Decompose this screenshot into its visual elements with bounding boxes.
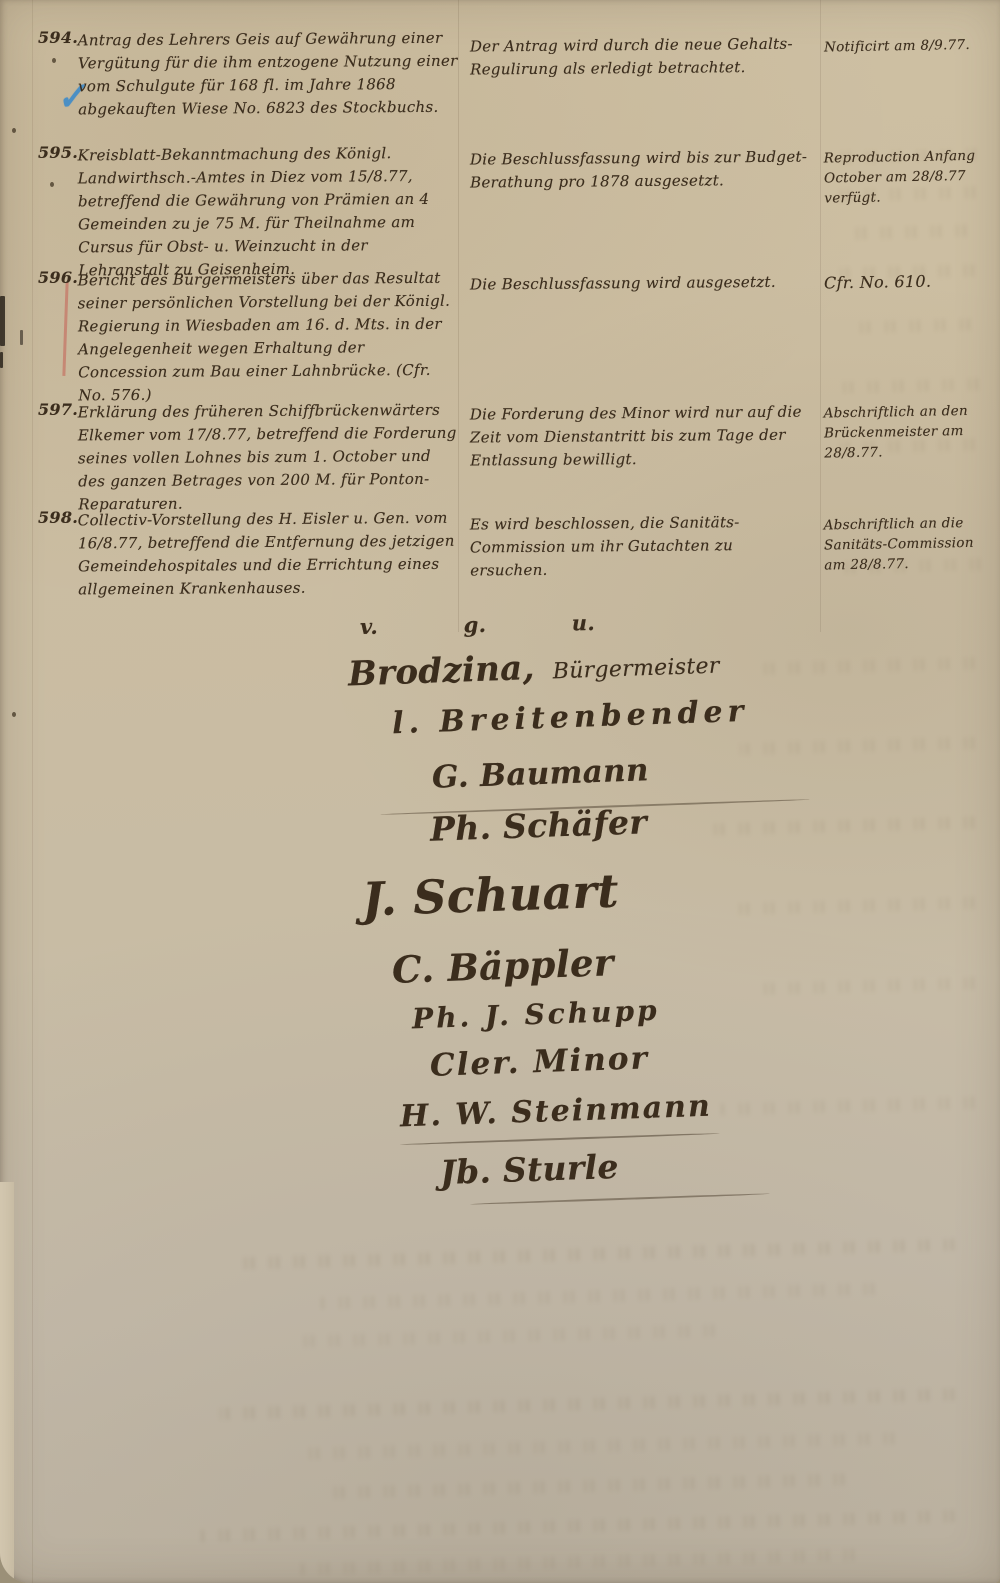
signature-name: Cler. Minor [429, 1040, 649, 1084]
signature-breitenbender: l. Breitenbender [391, 694, 748, 741]
bleedthrough-line [240, 1239, 960, 1270]
entry-subject: Antrag des Lehrers Geis auf Gewährung ei… [78, 27, 459, 122]
signature-name: G. Baumann [431, 752, 649, 796]
signature-name: Ph. Schäfer [429, 802, 647, 849]
column-divider-line [820, 0, 821, 632]
entry-note: Notificirt am 8/9.77. [824, 35, 994, 58]
signature-baumann: G. Baumann [431, 752, 649, 796]
bleedthrough-line [300, 1432, 900, 1460]
bleedthrough-line [730, 897, 980, 916]
binding-edge-mark [20, 330, 23, 345]
binding-edge-mark [0, 296, 5, 346]
bleedthrough-line [330, 1473, 850, 1499]
red-margin-line [62, 282, 68, 376]
ink-speck [52, 58, 56, 63]
margin-rule-line [32, 0, 33, 1583]
entry-number: 595. [38, 143, 78, 162]
entry-note: Abschriftlich an den Brückenmeister am 2… [823, 401, 994, 464]
bleedthrough-line [852, 224, 972, 239]
signature-schupp: Ph. J. Schupp [411, 994, 660, 1036]
page-under-edge [0, 1182, 14, 1583]
binding-edge-mark [0, 352, 3, 368]
signature-name: Brodzina, [347, 648, 535, 694]
entry-decision: Die Beschlussfassung wird bis zur Budget… [470, 146, 812, 195]
ink-speck [12, 712, 16, 717]
signature-name: Ph. J. Schupp [411, 994, 660, 1036]
signature-name: H. W. Steinmann [399, 1089, 712, 1135]
entry-decision: Der Antrag wird durch die neue Gehalts-R… [470, 33, 812, 82]
entry-decision: Es wird beschlossen, die Sanitäts-Commis… [470, 511, 813, 583]
entry-number: 596. [38, 268, 78, 287]
bleedthrough-line [200, 1510, 960, 1542]
ink-speck [50, 182, 54, 187]
entry-subject: Kreisblatt-Bekanntmachung des Königl. La… [78, 142, 459, 283]
entry-number: 597. [38, 400, 78, 419]
bleedthrough-line [720, 1097, 980, 1116]
bleedthrough-line [300, 1549, 860, 1576]
bleedthrough-line [760, 977, 980, 995]
signature-sturle: Jb. Sturle [439, 1147, 619, 1192]
signature-brodzina: Brodzina,Bürgermeister [347, 642, 720, 695]
signature-schaefer: Ph. Schäfer [429, 802, 647, 849]
entry-subject: Collectiv-Vorstellung des H. Eisler u. G… [78, 507, 459, 602]
signature-baeppler: C. Bäppler [391, 940, 614, 992]
bleedthrough-line [300, 1325, 720, 1348]
entry-decision: Die Forderung des Minor wird nur auf die… [470, 401, 813, 473]
bleedthrough-line [700, 816, 980, 835]
bleedthrough-line [740, 737, 980, 755]
bleedthrough-line [834, 378, 984, 394]
entry-subject: Bericht des Bürgermeisters über das Resu… [78, 267, 459, 408]
signature-name: l. Breitenbender [391, 694, 748, 741]
entry-decision: Die Beschlussfassung wird ausgesetzt. [470, 271, 812, 297]
signature-name: Jb. Sturle [439, 1147, 619, 1192]
ink-speck [12, 128, 16, 133]
bleedthrough-line [320, 1283, 880, 1310]
signature-title: Bürgermeister [552, 654, 720, 685]
signature-steinmann: H. W. Steinmann [399, 1089, 712, 1135]
signature-name: J. Schuart [361, 864, 619, 927]
entry-subject: Erklärung des früheren Schiffbrückenwärt… [78, 399, 459, 517]
protocol-page: ✓ 594. Antrag des Lehrers Geis auf Gewäh… [0, 0, 1000, 1583]
bleedthrough-line [760, 657, 980, 675]
signature-minor: Cler. Minor [429, 1040, 649, 1084]
entry-number: 598. [38, 508, 78, 527]
signature-flourish [470, 1193, 770, 1205]
bleedthrough-line [220, 1388, 960, 1419]
entry-number: 594. [38, 28, 78, 47]
closing-formula: v. g. u. [360, 610, 595, 639]
signature-name: C. Bäppler [391, 940, 614, 992]
signature-flourish [400, 1132, 720, 1145]
signature-schuart: J. Schuart [361, 864, 619, 927]
bleedthrough-line [846, 318, 976, 333]
